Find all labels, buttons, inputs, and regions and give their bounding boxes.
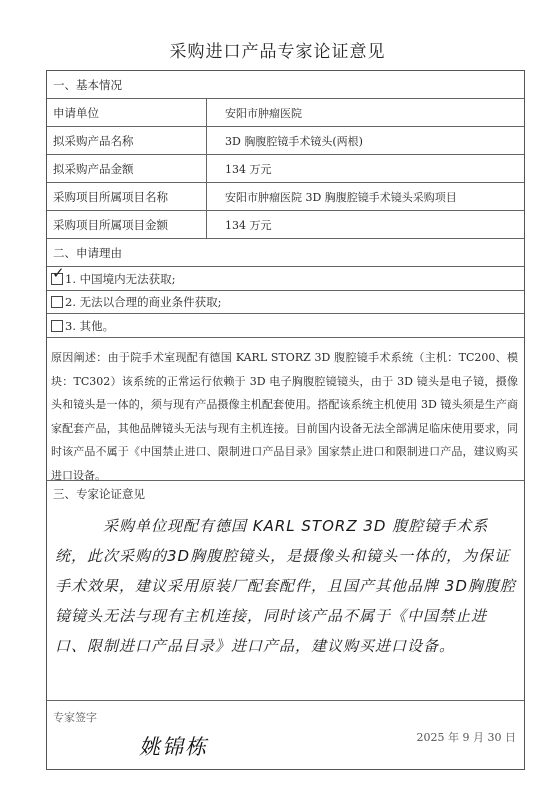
check-mark-icon: ✓ — [52, 266, 65, 281]
opinion-form: 一、基本情况 申请单位 安阳市肿瘤医院 拟采购产品名称 3D 胸腹腔镜手术镜头(… — [46, 70, 525, 770]
signature-area: 专家签字 姚锦栋 2025 年 9 月 30 日 — [47, 701, 524, 769]
info-row-project-amount: 采购项目所属项目金额 134 万元 — [47, 211, 524, 239]
signature-date: 2025 年 9 月 30 日 — [417, 729, 516, 745]
section-heading: 三、专家论证意见 — [47, 481, 524, 502]
signature-label: 专家签字 — [53, 709, 97, 725]
field-label: 采购项目所属项目金额 — [47, 211, 207, 238]
option-unavailable-domestically: ✓ 1. 中国境内无法获取; — [47, 267, 524, 291]
checkbox-unchecked[interactable] — [51, 296, 63, 308]
section-heading: 二、申请理由 — [47, 245, 122, 261]
option-label: 2. 无法以合理的商业条件获取; — [65, 294, 222, 310]
info-row-product-amount: 拟采购产品金额 134 万元 — [47, 155, 524, 183]
handwritten-opinion: 采购单位现配有德国 KARL STORZ 3D 腹腔镜手术系统，此次采购的3D胸… — [55, 511, 518, 661]
field-value: 134 万元 — [207, 217, 524, 233]
option-label: 1. 中国境内无法获取; — [65, 271, 176, 287]
info-row-product-name: 拟采购产品名称 3D 胸腹腔镜手术镜头(两根) — [47, 127, 524, 155]
field-value: 134 万元 — [207, 161, 524, 177]
option-unreasonable-terms: 2. 无法以合理的商业条件获取; — [47, 291, 524, 314]
reason-statement: 原因阐述：由于院手术室现配有德国 KARL STORZ 3D 腹腔镜手术系统（主… — [47, 338, 524, 481]
expert-signature: 姚锦栋 — [139, 731, 208, 761]
option-label: 3. 其他。 — [65, 318, 114, 334]
checkbox-checked[interactable]: ✓ — [51, 273, 63, 285]
section-heading: 一、基本情况 — [47, 77, 122, 93]
info-row-project-name: 采购项目所属项目名称 安阳市肿瘤医院 3D 胸腹腔镜手术镜头采购项目 — [47, 183, 524, 211]
field-label: 申请单位 — [47, 99, 207, 126]
section-basic-info-header: 一、基本情况 — [47, 71, 524, 99]
checkbox-unchecked[interactable] — [51, 320, 63, 332]
field-value: 安阳市肿瘤医院 3D 胸腹腔镜手术镜头采购项目 — [207, 189, 524, 205]
field-value: 安阳市肿瘤医院 — [207, 105, 524, 121]
option-other: 3. 其他。 — [47, 314, 524, 338]
field-label: 拟采购产品名称 — [47, 127, 207, 154]
expert-opinion-section: 三、专家论证意见 采购单位现配有德国 KARL STORZ 3D 腹腔镜手术系统… — [47, 481, 524, 701]
info-row-applicant: 申请单位 安阳市肿瘤医院 — [47, 99, 524, 127]
field-label: 拟采购产品金额 — [47, 155, 207, 182]
field-label: 采购项目所属项目名称 — [47, 183, 207, 210]
field-value: 3D 胸腹腔镜手术镜头(两根) — [207, 133, 524, 149]
section-reason-header: 二、申请理由 — [47, 239, 524, 267]
page-title: 采购进口产品专家论证意见 — [0, 37, 555, 62]
